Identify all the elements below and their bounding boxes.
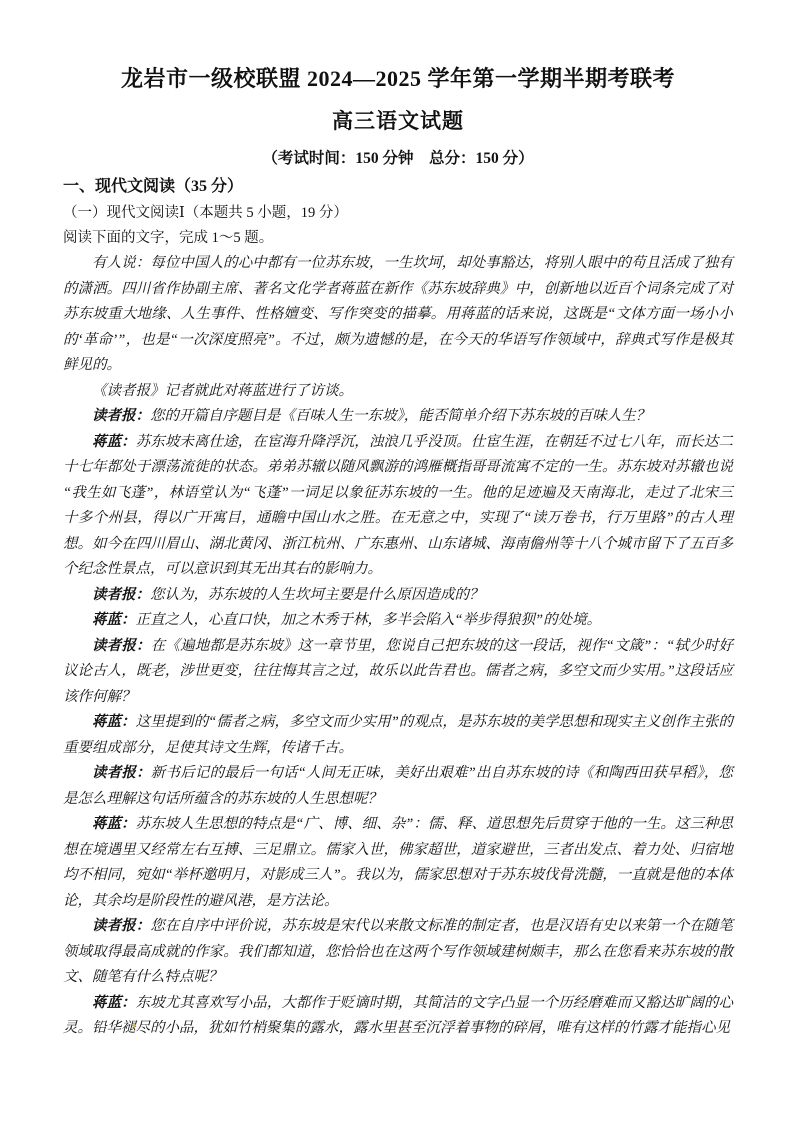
reading-instruction: 阅读下面的文字，完成 1～5 题。 (63, 226, 733, 251)
paragraph-text: 苏东坡未离仕途，在宦海升降浮沉，浊浪几乎没顶。仕宦生涯，在朝廷不过七八年，而长达… (63, 434, 733, 578)
paragraph-intro: 有人说：每位中国人的心中都有一位苏东坡，一生坎坷，却处事豁达，将别人眼中的苟且活… (63, 251, 733, 379)
paragraph-text: 您在自序中评价说，苏东坡是宋代以来散文标准的制定者，也是汉语有史以来第一个在随笔… (63, 918, 733, 985)
paragraph-a5: 蒋蓝：东坡尤其喜欢写小品，大都作于贬谪时期，其简洁的文字凸显一个历经磨难而又豁达… (63, 991, 733, 1042)
paragraph-a3: 蒋蓝：这里提到的“儒者之病，多空文而少实用”的观点，是苏东坡的美学思想和现实主义… (63, 710, 733, 761)
speaker-label: 蒋蓝： (92, 995, 136, 1011)
paragraph-q5: 读者报：您在自序中评价说，苏东坡是宋代以来散文标准的制定者，也是汉语有史以来第一… (63, 914, 733, 991)
speaker-label: 读者报： (92, 918, 150, 934)
paragraph-text: 正直之人，心直口快，加之木秀于林，多半会陷入“举步得狼狈”的处境。 (136, 612, 602, 628)
speaker-label: 蒋蓝： (92, 714, 136, 730)
paragraph-text: 新书后记的最后一句话“人间无正味，美好出艰难”出自苏东坡的诗《和陶西田获早稻》，… (63, 765, 733, 807)
speaker-label: 读者报： (92, 638, 151, 654)
exam-paper-page: 龙岩市一级校联盟 2024—2025 学年第一学期半期考联考 高三语文试题 （考… (0, 0, 793, 1122)
interview-passage: 有人说：每位中国人的心中都有一位苏东坡，一生坎坷，却处事豁达，将别人眼中的苟且活… (63, 251, 733, 1042)
speaker-label: 读者报： (92, 587, 150, 603)
scan-artifact-speck (133, 1024, 136, 1027)
paragraph-text: 东坡尤其喜欢写小品，大都作于贬谪时期，其简洁的文字凸显一个历经磨难而又豁达旷阔的… (63, 995, 733, 1037)
paragraph-a1: 蒋蓝：苏东坡未离仕途，在宦海升降浮沉，浊浪几乎没顶。仕宦生涯，在朝廷不过七八年，… (63, 430, 733, 583)
paragraph-q1: 读者报：您的开篇自序题目是《百味人生一东坡》，能否简单介绍下苏东坡的百味人生？ (63, 404, 733, 430)
speaker-label: 读者报： (92, 408, 150, 424)
speaker-label: 蒋蓝： (92, 612, 136, 628)
paragraph-q4: 读者报：新书后记的最后一句话“人间无正味，美好出艰难”出自苏东坡的诗《和陶西田获… (63, 761, 733, 812)
paragraph-text: 苏东坡人生思想的特点是“广、博、细、杂”：儒、释、道思想先后贯穿于他的一生。这三… (63, 816, 733, 909)
paragraph-q2: 读者报：您认为，苏东坡的人生坎坷主要是什么原因造成的？ (63, 583, 733, 609)
paragraph-text: 这里提到的“儒者之病，多空文而少实用”的观点，是苏东坡的美学思想和现实主义创作主… (63, 714, 733, 756)
paper-subtitle: 高三语文试题 (63, 108, 733, 134)
speaker-label: 读者报： (92, 765, 151, 781)
speaker-label: 蒋蓝： (92, 434, 136, 450)
paragraph-interview-lead: 《读者报》记者就此对蒋蓝进行了访谈。 (63, 379, 733, 405)
speaker-label: 蒋蓝： (92, 816, 136, 832)
paragraph-text: 您的开篇自序题目是《百味人生一东坡》，能否简单介绍下苏东坡的百味人生？ (150, 408, 650, 424)
paragraph-a2: 蒋蓝：正直之人，心直口快，加之木秀于林，多半会陷入“举步得狼狈”的处境。 (63, 608, 733, 634)
paragraph-text: 有人说：每位中国人的心中都有一位苏东坡，一生坎坷，却处事豁达，将别人眼中的苟且活… (63, 255, 733, 373)
paragraph-a4: 蒋蓝：苏东坡人生思想的特点是“广、博、细、杂”：儒、释、道思想先后贯穿于他的一生… (63, 812, 733, 914)
exam-time-and-score: （考试时间：150 分钟 总分：150 分） (63, 148, 733, 170)
subsection-heading-reading-one: （一）现代文阅读Ⅰ（本题共 5 小题，19 分） (63, 201, 733, 226)
paragraph-q3: 读者报：在《遍地都是苏东坡》这一章节里，您说自己把东坡的这一段话，视作“文箴”：… (63, 634, 733, 711)
paragraph-text: 在《遍地都是苏东坡》这一章节里，您说自己把东坡的这一段话，视作“文箴”：“轼少时… (63, 638, 733, 705)
paragraph-text: 您认为，苏东坡的人生坎坷主要是什么原因造成的？ (150, 587, 484, 603)
paper-title: 龙岩市一级校联盟 2024—2025 学年第一学期半期考联考 (63, 64, 733, 94)
paragraph-text: 《读者报》记者就此对蒋蓝进行了访谈。 (92, 383, 353, 399)
section-heading-modern-reading: 一、现代文阅读（35 分） (63, 175, 733, 199)
